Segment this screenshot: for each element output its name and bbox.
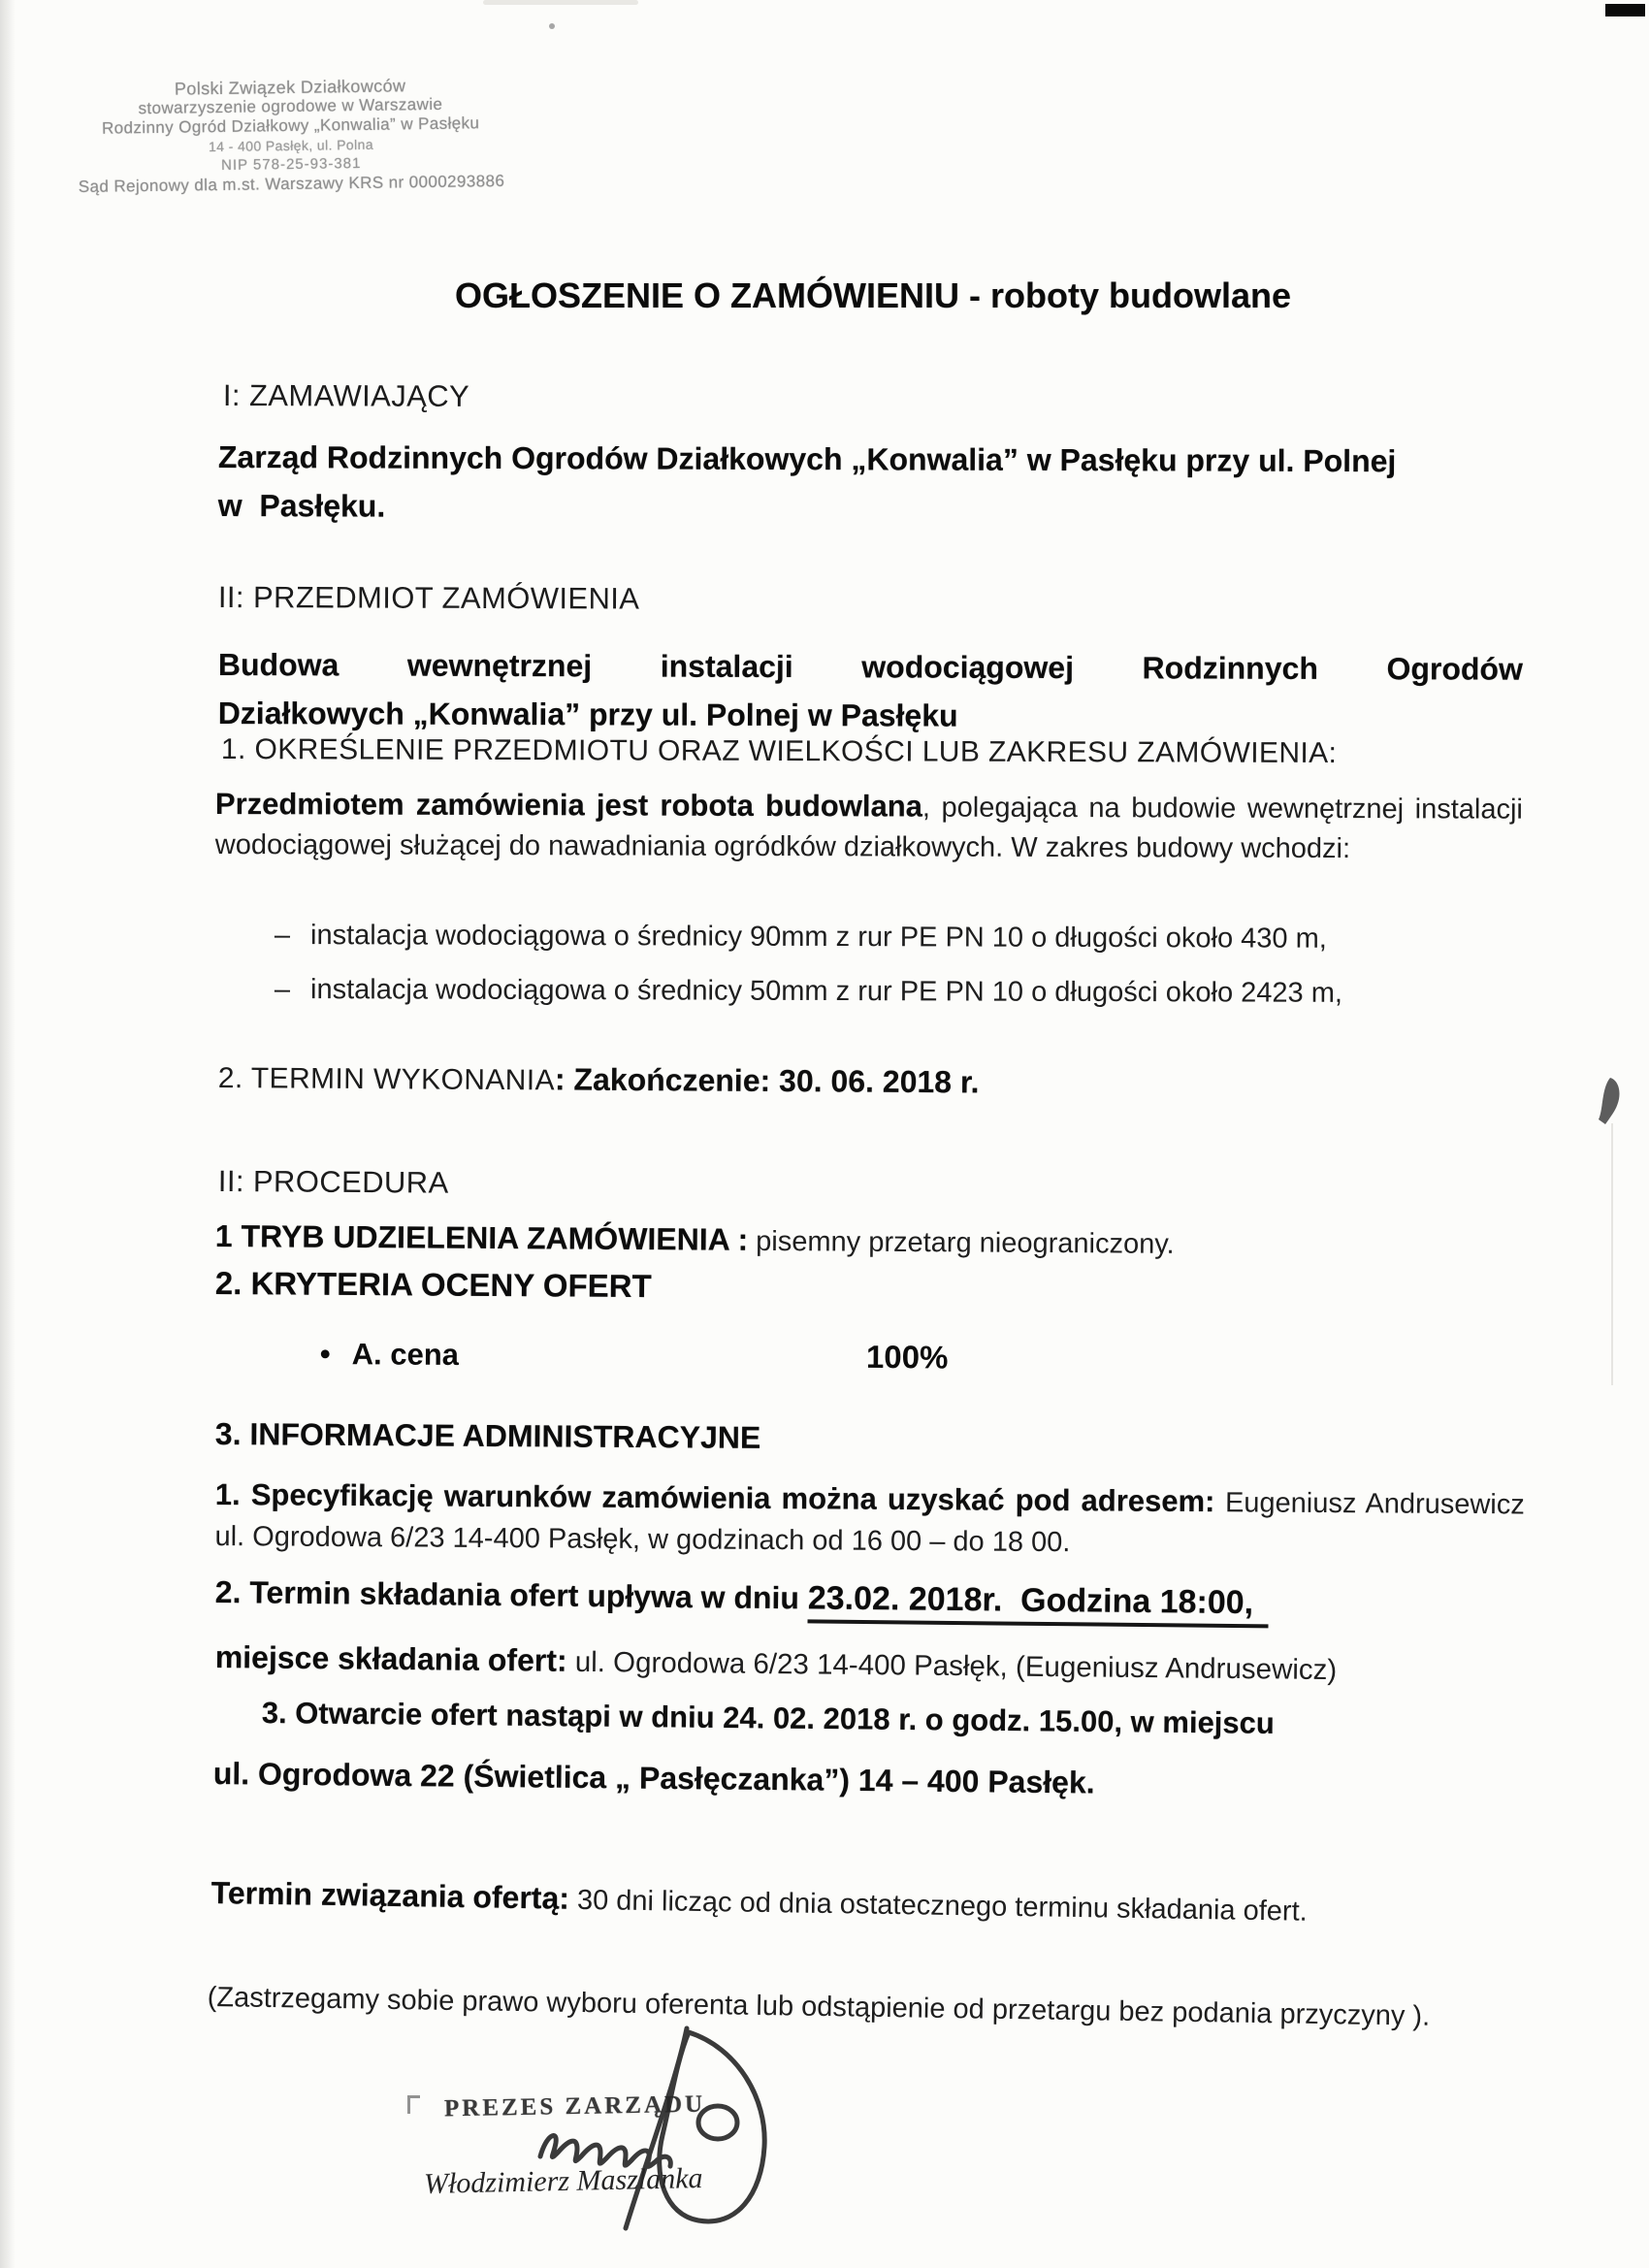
dash-marker: –: [275, 974, 290, 1005]
termin-value: : Zakończenie: 30. 06. 2018 r.: [555, 1061, 980, 1099]
criterion-value: 100%: [866, 1339, 949, 1376]
zamawiajacy-line2: w Pasłęku.: [218, 481, 1537, 535]
miejsce-bold: miejsce składania ofert:: [215, 1639, 567, 1678]
tryb-rest: pisemny przetarg nieograniczony.: [748, 1226, 1175, 1260]
section-heading-zamawiajacy: I: ZAMAWIAJĄCY: [223, 378, 469, 414]
otwarcie-line1: 3. Otwarcie ofert nastąpi w dniu 24. 02.…: [262, 1696, 1275, 1741]
list-item: –instalacja wodociągowa o średnicy 50mm …: [275, 974, 1342, 1010]
scope-heading: 1. OKREŚLENIE PRZEDMIOTU ORAZ WIELKOŚCI …: [221, 733, 1338, 770]
ink-blob-artifact: [1597, 1077, 1624, 1127]
criterion-label: A. cena: [352, 1337, 460, 1372]
scope-paragraph: Przedmiotem zamówienia jest robota budow…: [215, 784, 1523, 870]
kryteria-heading: 2. KRYTERIA OCENY OFERT: [215, 1265, 652, 1305]
scan-artifact-smudge: [483, 0, 638, 5]
section-heading-przedmiot: II: PRZEDMIOT ZAMÓWIENIA: [218, 580, 640, 617]
handwritten-signature: [529, 2021, 800, 2252]
skladanie-bold: 2. Termin składania ofert upływa w dniu: [215, 1574, 808, 1615]
termin-skladania-line: 2. Termin składania ofert upływa w dniu …: [215, 1573, 1270, 1622]
list-item-text: instalacja wodociągowa o średnicy 50mm z…: [310, 974, 1342, 1009]
list-item-text: instalacja wodociągowa o średnicy 90mm z…: [310, 920, 1327, 955]
subject-paragraph: Budowa wewnętrznej instalacji wodociągow…: [218, 640, 1523, 742]
document-title: OGŁOSZENIE O ZAMÓWIENIU - roboty budowla…: [218, 275, 1528, 316]
tryb-line: 1 TRYB UDZIELENIA ZAMÓWIENIA : pisemny p…: [215, 1218, 1175, 1261]
scan-artifact-faint-line: [1611, 1123, 1613, 1385]
zwiazanie-rest: 30 dni licząc od dnia ostatecznego termi…: [569, 1885, 1308, 1928]
otwarcie-line2: ul. Ogrodowa 22 (Świetlica „ Pasłęczanka…: [213, 1756, 1095, 1801]
zamawiajacy-line1: Zarząd Rodzinnych Ogrodów Działkowych „K…: [218, 433, 1537, 486]
zamawiajacy-paragraph: Zarząd Rodzinnych Ogrodów Działkowych „K…: [218, 433, 1537, 535]
admin-heading: 3. INFORMACJE ADMINISTRACYJNE: [215, 1416, 761, 1456]
termin-wykonania-line: 2. TERMIN WYKONANIA: Zakończenie: 30. 06…: [218, 1059, 980, 1100]
scan-artifact-dot: [549, 23, 555, 29]
scan-edge-shadow: [0, 0, 16, 2268]
scope-lead-bold: Przedmiotem zamówienia jest robota budow…: [215, 787, 922, 824]
list-item: –instalacja wodociągowa o średnicy 90mm …: [275, 920, 1327, 956]
dash-marker: –: [275, 920, 290, 951]
stamp-edge-artifact: [407, 2095, 420, 2114]
spec-bold: 1. Specyfikację warunków zamówienia możn…: [215, 1477, 1215, 1518]
skladanie-date-underlined: 23.02. 2018r. Godzina 18:00,: [808, 1579, 1270, 1628]
miejsce-rest: ul. Ogrodowa 6/23 14-400 Pasłęk, (Eugeni…: [566, 1646, 1337, 1686]
zastrzezenie-line: (Zastrzegamy sobie prawo wyboru oferenta…: [207, 1982, 1430, 2033]
organization-stamp: Polski Związek Działkowców stowarzyszeni…: [50, 75, 532, 198]
zwiazanie-line: Termin związania ofertą: 30 dni licząc o…: [210, 1875, 1308, 1928]
tryb-bold: 1 TRYB UDZIELENIA ZAMÓWIENIA :: [215, 1218, 749, 1257]
spec-paragraph: 1. Specyfikację warunków zamówienia możn…: [214, 1474, 1525, 1566]
zwiazanie-bold: Termin związania ofertą:: [210, 1875, 569, 1916]
miejsce-line: miejsce składania ofert: ul. Ogrodowa 6/…: [215, 1639, 1338, 1687]
scan-artifact-corner-bar: [1605, 4, 1645, 16]
bullet-marker: •: [320, 1337, 331, 1371]
termin-label: 2. TERMIN WYKONANIA: [218, 1062, 555, 1096]
section-heading-procedura: II: PROCEDURA: [218, 1164, 449, 1201]
subject-line1: Budowa wewnętrznej instalacji wodociągow…: [218, 640, 1523, 694]
criterion-row: •A. cena100%: [320, 1335, 949, 1377]
